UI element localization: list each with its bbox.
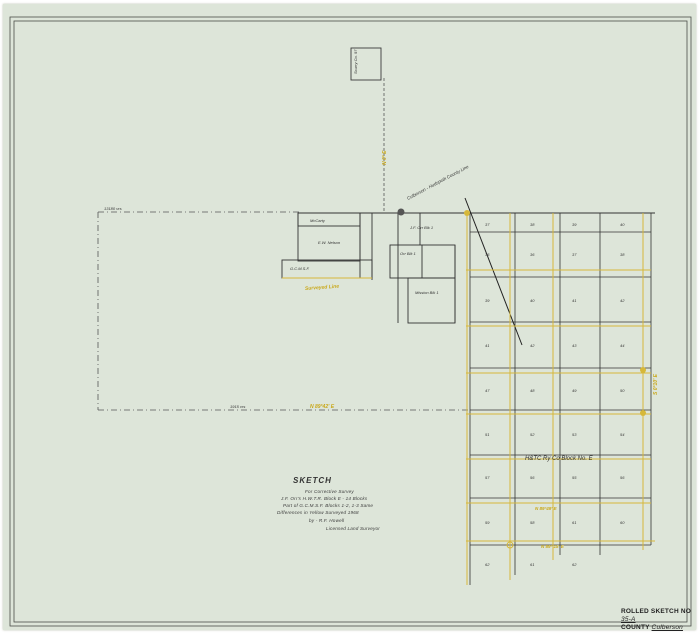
section-number: 42 [620, 298, 624, 303]
section-number: 38 [530, 222, 534, 227]
section-number: 40 [530, 298, 534, 303]
county-label: COUNTY [621, 624, 650, 631]
section-number: 55 [572, 475, 576, 480]
section-number: 47 [485, 388, 489, 393]
mission-label: Mission Blk 1 [415, 290, 439, 295]
section-number: 43 [572, 343, 576, 348]
north-line-dim: 13180 vrs [104, 206, 122, 211]
section-number: 42 [530, 343, 534, 348]
section-number: 37 [572, 252, 576, 257]
section-number: 41 [572, 298, 576, 303]
note-line: J.F. Orr's H.W.T.R. Block E - 14 Blocks [281, 496, 367, 501]
section-number: 56 [620, 475, 624, 480]
section-number: 37 [485, 222, 489, 227]
orr-label: Orr Blk 1 [400, 251, 416, 256]
section-number: 59 [485, 520, 489, 525]
rolled-sketch-label: ROLLED SKETCH NO [621, 608, 691, 615]
block-bearing-2: N 89° 15' E [541, 544, 565, 549]
top-box-label: Scurry Co. 97 [353, 49, 358, 74]
note-line: by - R.F. Howell [309, 518, 344, 523]
south-line-dim: 1915 vrs [230, 404, 245, 409]
block-label: H&TC Ry Co Block No. E [525, 456, 594, 462]
section-number: 40 [620, 222, 624, 227]
yellow-line-label: Surveyed Line [305, 284, 340, 292]
ewnelson-label: E.W. Nelson [318, 240, 341, 245]
section-number: 52 [530, 432, 534, 437]
section-number: 36 [530, 252, 534, 257]
section-number: 61 [572, 520, 576, 525]
title-block: ROLLED SKETCH NO 35-A COUNTY Culberson [621, 608, 696, 632]
section-number: 38 [620, 252, 624, 257]
section-number: 56 [530, 475, 534, 480]
block-bearing: N 89°49' E [535, 506, 558, 511]
survey-map-drawing: McCarty E.W. Nelson G.C.M.S.F. Orr Blk 1… [3, 4, 696, 630]
jforr-label: J.F. Orr Blk 1 [409, 225, 433, 230]
section-number: 44 [620, 343, 624, 348]
note-line: Differences in Yellow Surveyed 1968 [277, 510, 359, 515]
section-number: 41 [485, 343, 489, 348]
east-bearing: S 0°10' E [653, 373, 659, 395]
section-number: 57 [485, 475, 489, 480]
map-sheet: McCarty E.W. Nelson G.C.M.S.F. Orr Blk 1… [3, 4, 696, 630]
mccarty-label: McCarty [310, 218, 326, 223]
section-number: 60 [620, 520, 624, 525]
note-line: For Corrective Survey [305, 489, 354, 494]
note-line: Licensed Land Surveyor [326, 526, 380, 531]
section-number: 35 [485, 252, 489, 257]
section-number: 50 [620, 388, 624, 393]
section-number: 54 [620, 432, 624, 437]
section-number: 53 [572, 432, 576, 437]
section-number: 62 [572, 562, 576, 567]
note-line: Part of G.C.M.S.F. Blocks 1-2, 1-3 Same [283, 503, 373, 508]
gcmsf-label: G.C.M.S.F. [290, 266, 309, 271]
section-number: 48 [530, 388, 534, 393]
section-number: 49 [572, 388, 576, 393]
section-number: 39 [572, 222, 576, 227]
west-bearing: N 0° E [382, 150, 388, 165]
sketch-title: SKETCH [293, 476, 332, 485]
county-value: Culberson [652, 624, 683, 631]
section-number: 39 [485, 298, 489, 303]
south-bearing: N 89°42' E [310, 404, 335, 410]
section-number: 61 [530, 562, 534, 567]
section-number: 62 [485, 562, 489, 567]
rolled-sketch-no: 35-A [621, 616, 636, 623]
section-number: 58 [530, 520, 534, 525]
section-number: 51 [485, 432, 489, 437]
county-line-label: Culberson - Hudspeth County Line [406, 164, 470, 201]
